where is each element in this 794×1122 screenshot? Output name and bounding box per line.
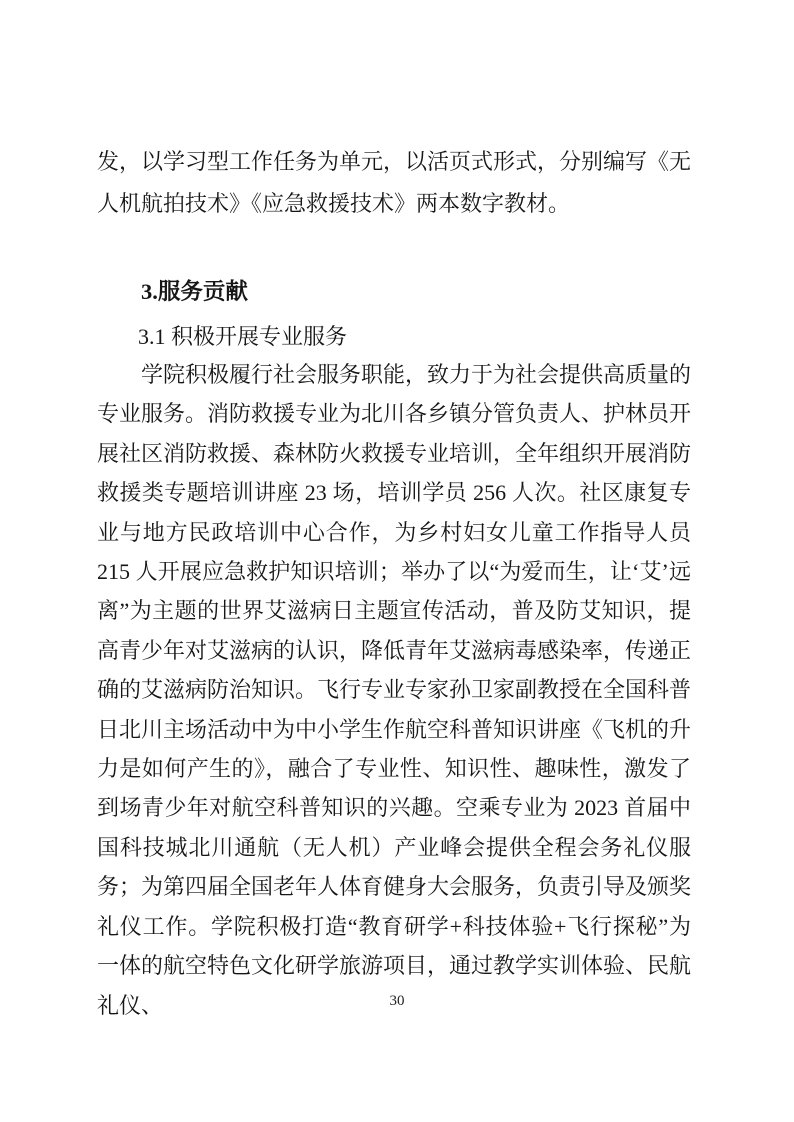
continuation-paragraph: 发，以学习型工作任务为单元，以活页式形式，分别编写《无人机航拍技术》《应急救援技… [97,141,691,225]
section-heading: 3.服务贡献 [97,271,735,313]
body-paragraph: 学院积极履行社会服务职能，致力于为社会提供高质量的专业服务。消防救援专业为北川各… [97,355,691,1025]
page-number: 30 [0,991,794,1011]
document-page: 发，以学习型工作任务为单元，以活页式形式，分别编写《无人机航拍技术》《应急救援技… [0,0,794,1122]
subsection-heading: 3.1 积极开展专业服务 [97,316,732,358]
